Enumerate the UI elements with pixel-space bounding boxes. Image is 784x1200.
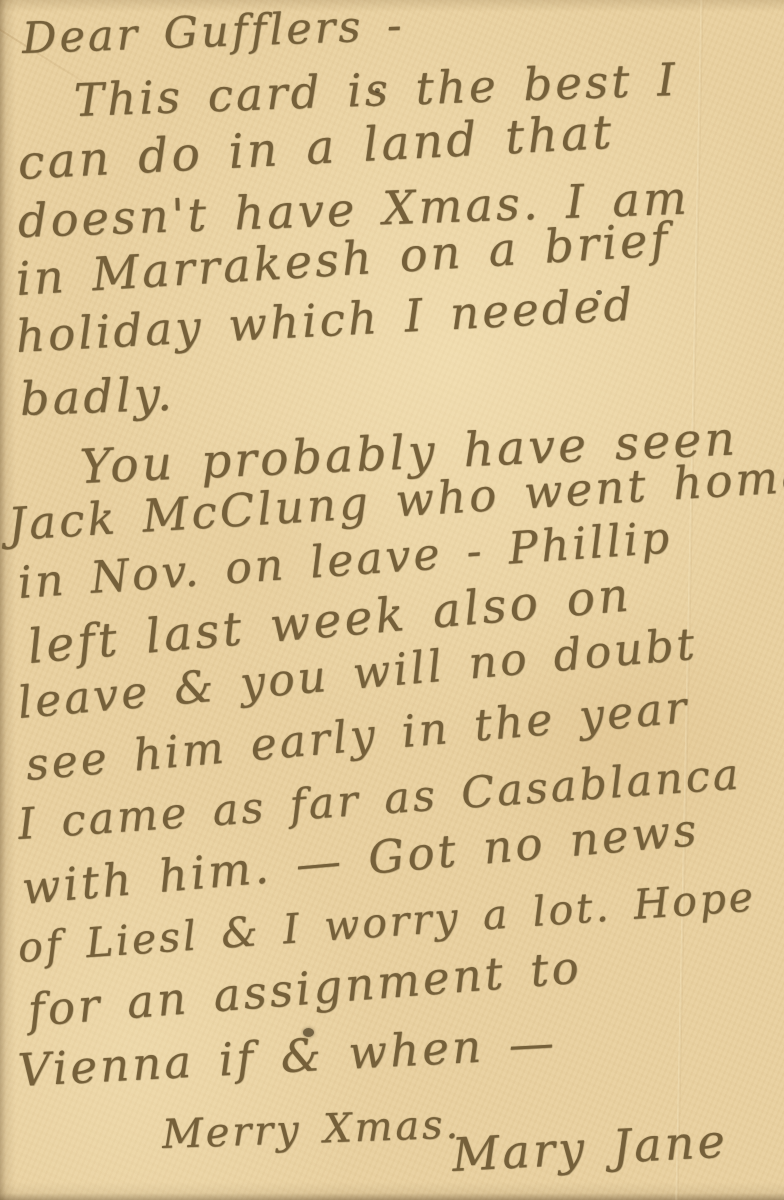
handwritten-letter-page: Dear Gufflers - This card is the best I … <box>0 0 784 1200</box>
salutation: Dear Gufflers - <box>21 1 405 64</box>
ink-blot <box>303 1028 314 1037</box>
ink-blot <box>596 290 602 295</box>
ink-blot <box>375 88 380 93</box>
letter-line: badly. <box>19 367 176 426</box>
closing: Merry Xmas. <box>161 1102 461 1158</box>
signature: Mary Jane <box>451 1114 730 1182</box>
